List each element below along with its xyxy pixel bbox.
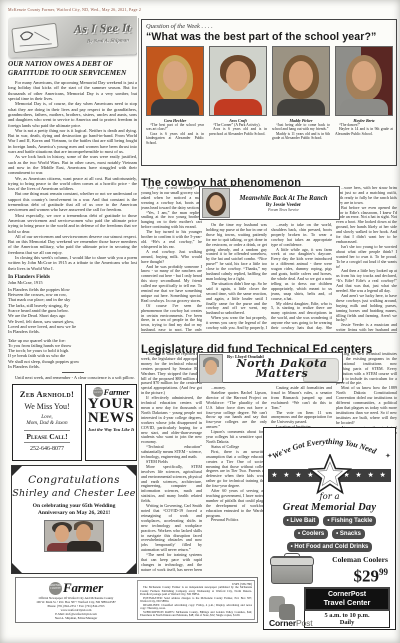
- legislature-col-1: Contrary to what we reported last week, …: [141, 352, 202, 573]
- price-cents: 99: [379, 567, 388, 577]
- news-service: Forum News Service: [230, 208, 337, 212]
- congrats-line4: Anniversary on May 26, 2021!: [38, 510, 110, 516]
- product-name: Coleman Coolers: [313, 555, 388, 564]
- editorial-body: For many Americans, the upcoming Memoria…: [8, 80, 137, 271]
- person-photo: [209, 46, 267, 116]
- travel-center-box: CornerPost Travel Center: [304, 587, 390, 611]
- page-folio: McKenzie County Farmer, Watford City, ND…: [8, 7, 141, 12]
- person-quote: “Just being able to come back to school …: [272, 123, 330, 132]
- person-photo: [335, 46, 393, 116]
- section-rule: [141, 332, 397, 333]
- photo-corner-icon: [126, 466, 136, 476]
- ad-tagline: Just the Way You Like It: [86, 427, 136, 432]
- poem-author: John McCrae, 1915: [8, 280, 137, 285]
- as-i-see-it-logo: As I See It By Neal A. Shipman: [8, 16, 137, 58]
- ad-message: We Miss You!: [13, 402, 81, 411]
- price-dollars: $29: [354, 567, 380, 586]
- travel-line2: Travel Center: [306, 598, 388, 607]
- column-title: North Dakota Matters: [223, 359, 341, 379]
- lloyd-omdahl-photo: [199, 354, 223, 383]
- qow-person-2: Aros Craft “The Corner” (A Park Activity…: [209, 46, 267, 154]
- farmer-badge-icon: McKENZIE COUNTY: [49, 582, 62, 595]
- hours-daily: Daily: [305, 619, 389, 626]
- ranch-column-header: Meanwhile Back At The Ranch By Jessie Ve…: [199, 186, 340, 220]
- person-bio: Haylee is 14 and is in 9th grade at Alex…: [335, 127, 393, 136]
- legislature-col-2: ...money.Stateline quotes Rachel Lipson,…: [206, 352, 267, 573]
- photo-corner-icon: [12, 466, 22, 476]
- notepad-sketch-icon: [11, 19, 63, 54]
- nd-matters-column-header: By: Lloyd Omdahl North Dakota Matters: [197, 352, 343, 383]
- ad-phone: 252-646-8077: [13, 446, 81, 452]
- cornerpost-ad: We've Got Everything You Need ✦ ✦ ★ ★ ★ …: [263, 427, 396, 630]
- end-divider: [62, 372, 84, 373]
- cornerpost-logo-icon: CornerPost: [269, 594, 299, 628]
- logo-title: As I See It: [74, 20, 131, 36]
- farmer-wordmark: Farmer: [63, 580, 103, 596]
- column-title: Meanwhile Back At The Ranch: [230, 195, 337, 202]
- qow-person-3: Maddy Picker “Just being able to come ba…: [272, 46, 330, 154]
- hours-text: 5 a.m. to 10 p.m.: [305, 612, 389, 619]
- cowboy-col-1: “Are you a real cowboy?” A young boy in …: [141, 186, 202, 331]
- congrats-line2: Shirley and Chester Lee: [12, 488, 136, 499]
- person-photo: [146, 46, 204, 116]
- anniversary-ad: Congratulations Shirley and Chester Lee …: [11, 465, 137, 574]
- qow-photo-row: Cora Heckler “The best part of the schoo…: [146, 46, 392, 154]
- couple-photo: [44, 520, 104, 552]
- travel-line1: CornerPost: [306, 591, 388, 598]
- star-banner: ★ ★ ★ ★ ★ ★ ★ ★ ★ ★: [264, 456, 395, 496]
- ad-item: • Live Bait: [283, 516, 320, 526]
- ad-item: • Fishing Tackle: [323, 516, 376, 526]
- masthead-contact-lines: Official Newspaper Of Watford City And M…: [18, 597, 134, 620]
- qow-person-4: Haylee Bertz “The dances!” Haylee is 14 …: [335, 46, 393, 154]
- cowboy-col-4: ...wore hers, with her straw brim bent j…: [336, 186, 397, 331]
- photo-corner-icon: [126, 563, 136, 573]
- person-bio: Maddy is 11 years old and is in 6th grad…: [272, 132, 330, 141]
- ad-name: Zeb Arnhold!: [13, 389, 81, 399]
- your-news-ad: McKENZIE COUNTY Farmer YOUR NEWS Just th…: [85, 384, 137, 461]
- logo-light: Post: [296, 618, 312, 628]
- ad-item: • Snacks: [332, 529, 365, 539]
- zeb-arnhold-ad: Zeb Arnhold! We Miss You! Love, Mom, Dad…: [12, 384, 82, 461]
- qow-headline: “What was the best part of the school ye…: [146, 31, 392, 43]
- cowboy-article: Meanwhile Back At The Ranch By Jessie Ve…: [141, 186, 397, 331]
- masthead-fine-print: USPS (336-780) The McKenzie County Farme…: [137, 580, 255, 620]
- as-i-see-it-column: As I See It By Neal A. Shipman OUR NATIO…: [8, 16, 137, 382]
- congrats-line3: On celebrating your 65th Wedding: [33, 503, 116, 509]
- question-of-week-box: Question of the Week . . . . “What was t…: [141, 19, 397, 166]
- person-bio: Aros is 6 years old and is in preschool …: [209, 127, 267, 136]
- ad-call: Please Call!: [24, 430, 69, 443]
- hours-banner: 5 a.m. to 10 p.m. Daily: [304, 611, 390, 628]
- congrats-line1: Congratulations: [12, 474, 136, 486]
- ad-news: NEWS: [86, 411, 136, 425]
- person-bio: Cora is 6 years old and is in kindergart…: [146, 132, 204, 145]
- publication-notices: The McKenzie County Farmer is an indepen…: [140, 586, 252, 618]
- cooler-image: [271, 556, 313, 584]
- column-divider-rule: [138, 18, 139, 574]
- editorial-closing: Until next week, and remember - A clear …: [8, 375, 137, 380]
- poem-stanza-1: In Flanders fields the poppies blow Betw…: [8, 287, 137, 335]
- poem-stanza-2: Take up our quarrel with the foe: To you…: [8, 338, 137, 370]
- newspaper-page: McKenzie County Farmer, Watford City, ND…: [0, 0, 400, 643]
- ad-item: • Hot Food and Cold Drinks: [287, 542, 373, 552]
- photo-corner-icon: [12, 563, 22, 573]
- qow-kicker: Question of the Week . . . .: [146, 23, 392, 30]
- editorial-headline: OUR NATION OWES A DEBT OF GRATITUDE TO O…: [8, 60, 137, 77]
- great-memorial-day-line: Great Memorial Day: [264, 502, 395, 513]
- masthead-box: McKENZIE COUNTY Farmer Official Newspape…: [15, 577, 258, 623]
- qow-person-1: Cora Heckler “The best part of the schoo…: [146, 46, 204, 154]
- person-photo: [272, 46, 330, 116]
- ad-family: Mom, Dad & Jaxon: [13, 420, 81, 426]
- logo-byline: By Neal A. Shipman: [87, 39, 129, 45]
- big-star-icon: [307, 454, 353, 496]
- ad-item: • Coolers: [294, 529, 328, 539]
- ad-your: YOUR: [86, 397, 136, 411]
- logo-bold: Corner: [269, 618, 296, 628]
- person-quote: “The best part of the school year was ar…: [146, 123, 204, 132]
- jessie-veeder-photo: [202, 188, 230, 218]
